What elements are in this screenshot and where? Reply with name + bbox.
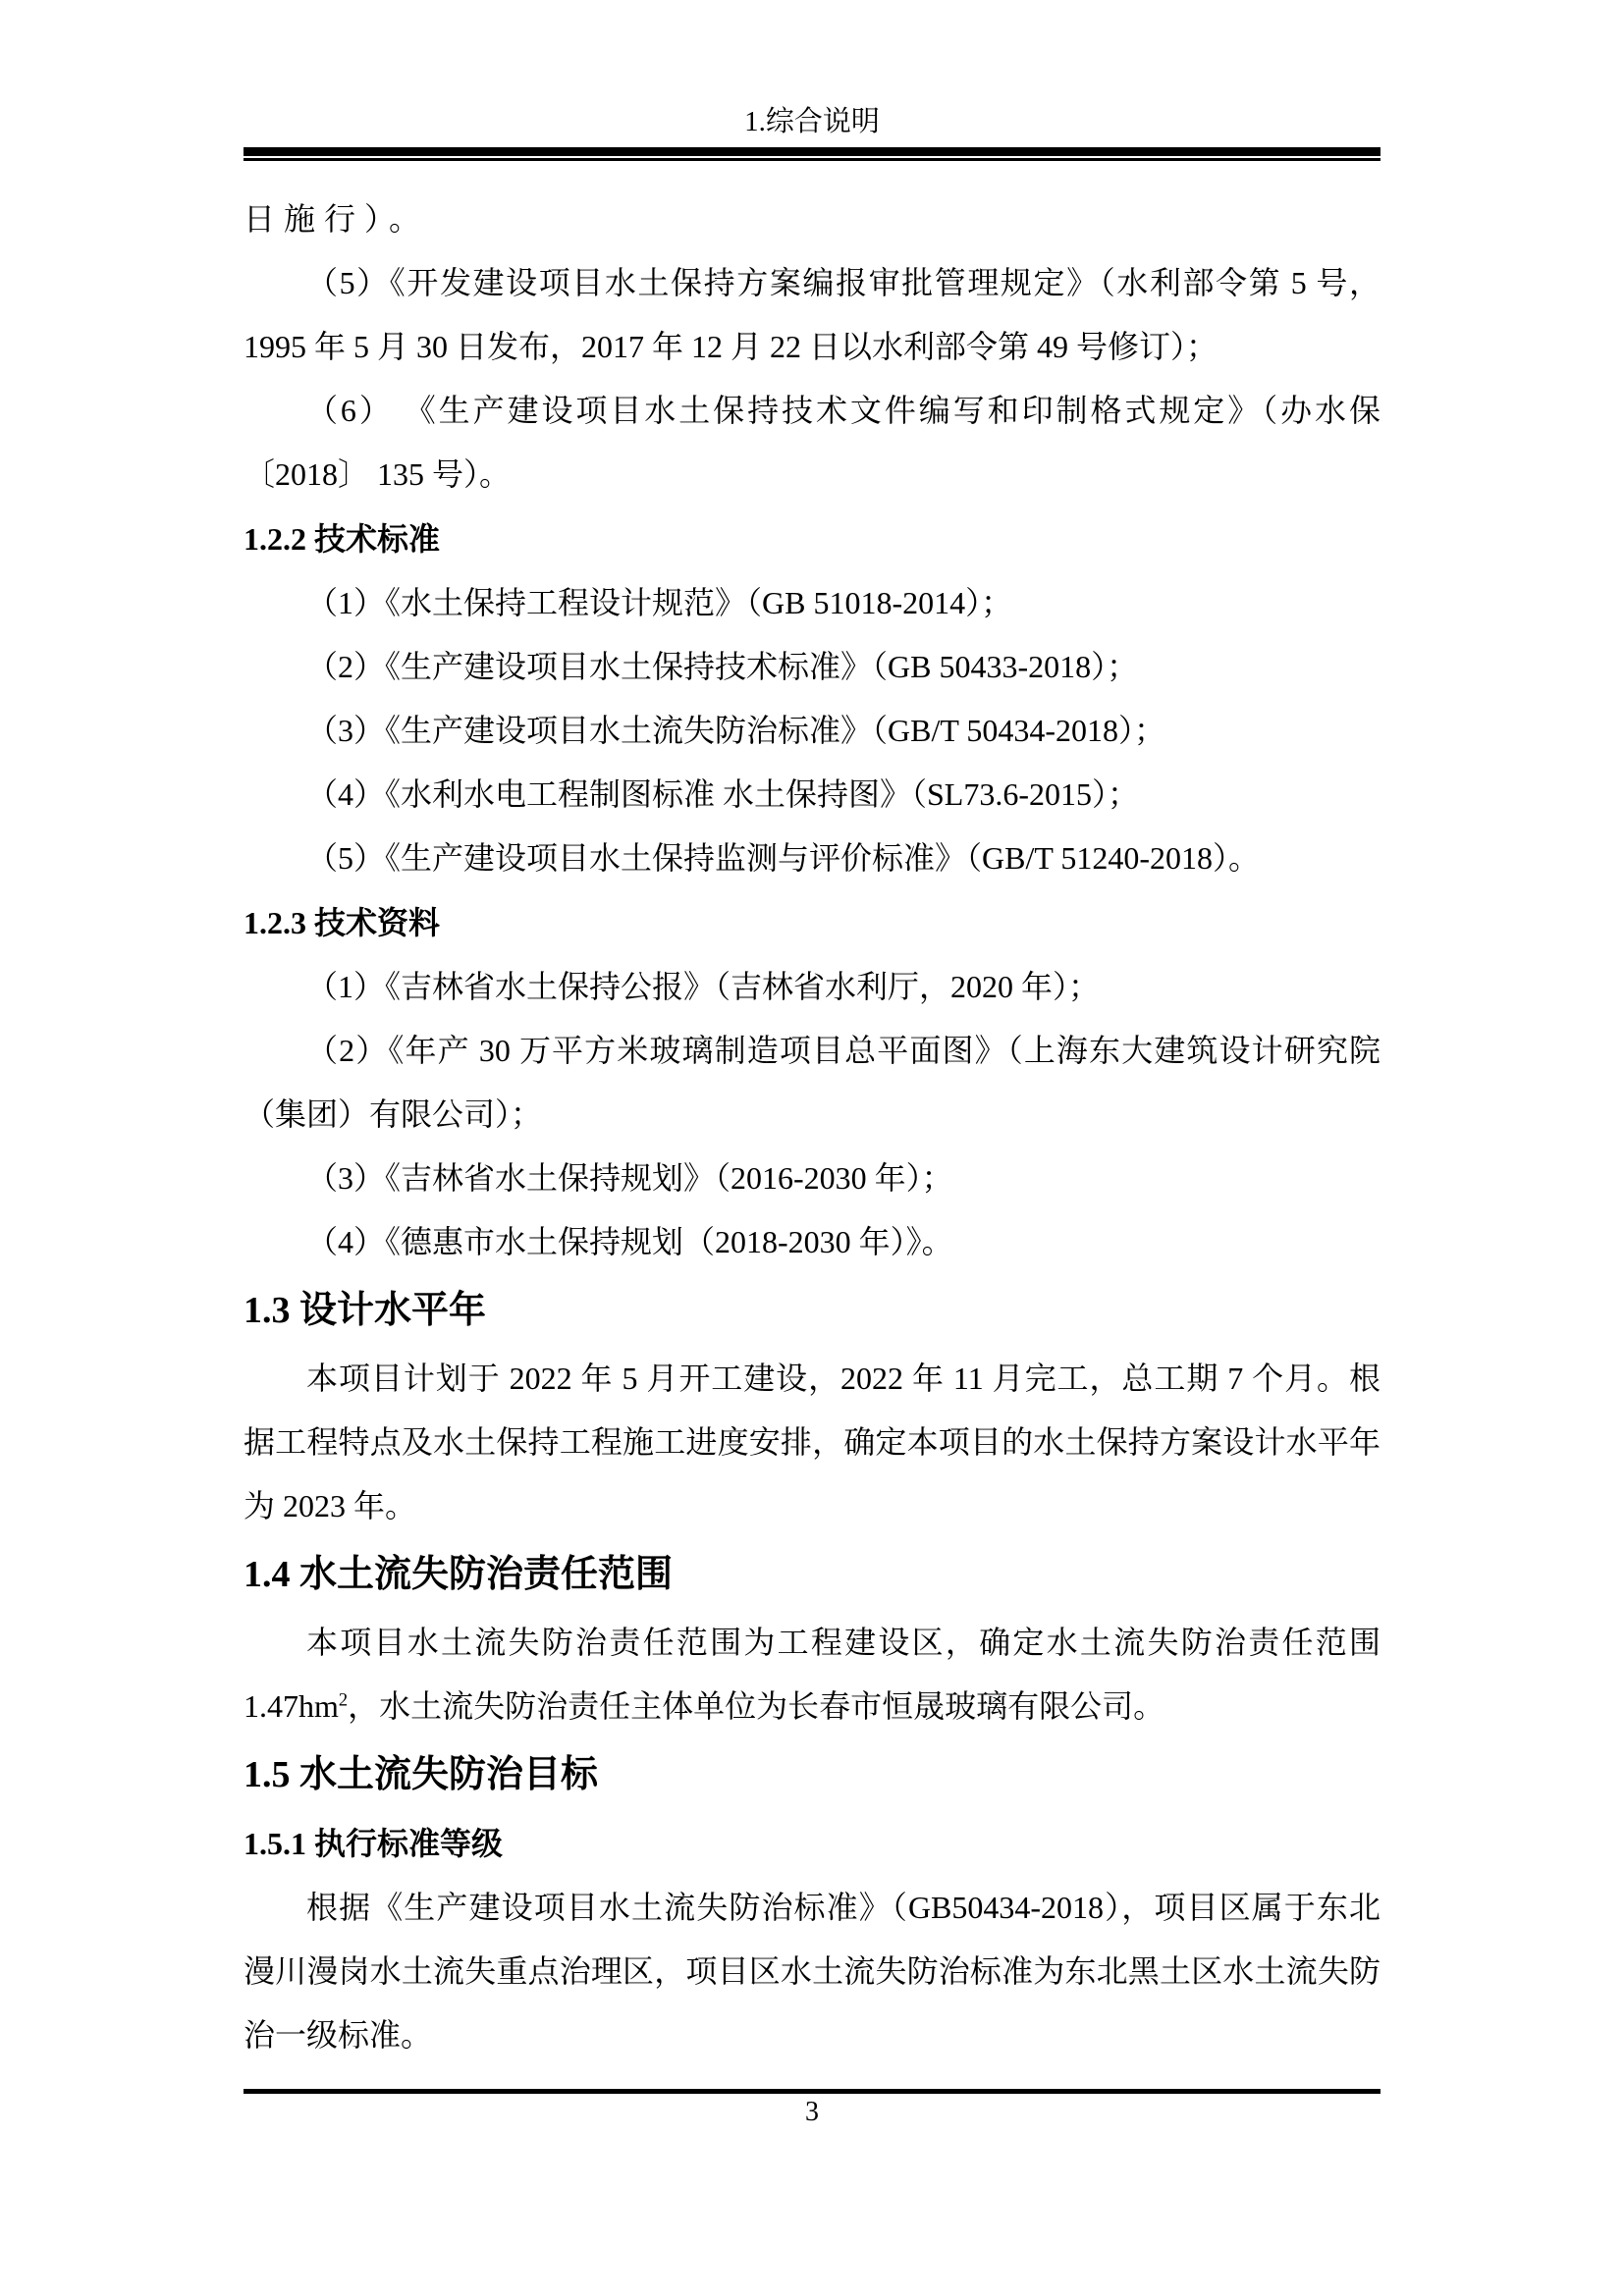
running-header-title: 1.综合说明 <box>244 0 1380 139</box>
page-footer: 3 <box>244 2089 1380 2129</box>
responsibility-scope-tail: ，水土流失防治责任主体单位为长春市恒晟玻璃有限公司。 <box>348 1688 1164 1724</box>
paragraph-standard-grade: 根据《生产建设项目水土流失防治标准》（GB50434-2018），项目区属于东北… <box>244 1876 1380 2067</box>
section-heading-1-5: 1.5 水土流失防治目标 <box>244 1738 1380 1811</box>
tech-standard-item-3: （3）《生产建设项目水土流失防治标准》（GB/T 50434-2018）； <box>244 699 1380 763</box>
tech-standard-item-4: （4）《水利水电工程制图标准 水土保持图》（SL73.6-2015）； <box>244 763 1380 827</box>
tech-standard-item-1: （1）《水土保持工程设计规范》（GB 51018-2014）； <box>244 571 1380 635</box>
document-page: 1.综合说明 日施行）。 （5）《开发建设项目水土保持方案编报审批管理规定》（水… <box>0 0 1624 2296</box>
paragraph-item-5: （5）《开发建设项目水土保持方案编报审批管理规定》（水利部令第 5 号，1995… <box>244 251 1380 379</box>
tech-material-item-3: （3）《吉林省水土保持规划》（2016-2030 年）； <box>244 1147 1380 1210</box>
section-heading-1-3: 1.3 设计水平年 <box>244 1274 1380 1347</box>
running-header: 1.综合说明 <box>244 0 1380 161</box>
paragraph-responsibility-scope: 本项目水土流失防治责任范围为工程建设区，确定水土流失防治责任范围 1.47hm2… <box>244 1611 1380 1738</box>
footer-rule <box>244 2089 1380 2094</box>
section-heading-1-5-1: 1.5.1 执行标准等级 <box>244 1811 1380 1876</box>
document-body: 日施行）。 （5）《开发建设项目水土保持方案编报审批管理规定》（水利部令第 5 … <box>244 187 1380 2067</box>
tech-material-item-4: （4）《德惠市水土保持规划（2018-2030 年）》。 <box>244 1210 1380 1274</box>
superscript-2: 2 <box>339 1689 348 1710</box>
tech-material-item-1: （1）《吉林省水土保持公报》（吉林省水利厅，2020 年）； <box>244 955 1380 1019</box>
paragraph-item-6: （6） 《生产建设项目水土保持技术文件编写和印制格式规定》（办水保〔2018〕 … <box>244 379 1380 507</box>
page-content: 1.综合说明 日施行）。 （5）《开发建设项目水土保持方案编报审批管理规定》（水… <box>244 0 1380 2067</box>
carryover-paragraph: 日施行）。 <box>244 187 1380 251</box>
section-heading-1-4: 1.4 水土流失防治责任范围 <box>244 1538 1380 1611</box>
paragraph-design-year: 本项目计划于 2022 年 5 月开工建设，2022 年 11 月完工，总工期 … <box>244 1347 1380 1538</box>
section-heading-1-2-2: 1.2.2 技术标准 <box>244 507 1380 571</box>
section-heading-1-2-3: 1.2.3 技术资料 <box>244 890 1380 955</box>
header-rule-thick <box>244 147 1380 156</box>
tech-standard-item-5: （5）《生产建设项目水土保持监测与评价标准》（GB/T 51240-2018）。 <box>244 827 1380 890</box>
header-rule-thin <box>244 158 1380 161</box>
tech-standard-item-2: （2）《生产建设项目水土保持技术标准》（GB 50433-2018）； <box>244 635 1380 699</box>
tech-material-item-2: （2）《年产 30 万平方米玻璃制造项目总平面图》（上海东大建筑设计研究院（集团… <box>244 1019 1380 1147</box>
page-number: 3 <box>244 2096 1380 2129</box>
